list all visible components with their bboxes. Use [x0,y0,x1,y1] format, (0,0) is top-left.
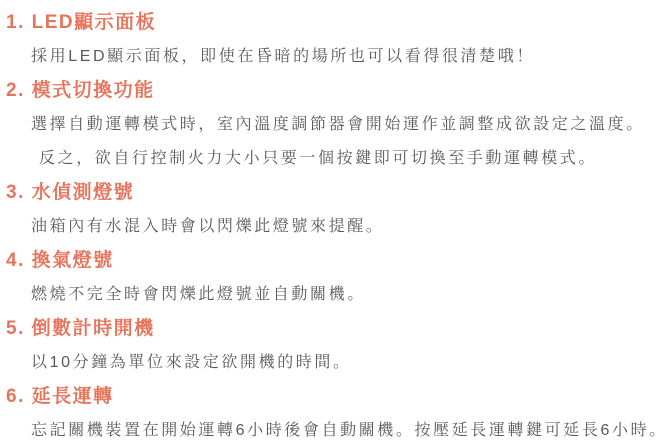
section-5-body-line: 以10分鐘為單位來設定欲開機的時間。 [0,343,670,377]
section-4-body-line: 燃燒不完全時會閃爍此燈號並自動關機。 [0,275,670,309]
section-2-body-line-1: 選擇自動運轉模式時，室內溫度調節器會開始運作並調整成欲設定之溫度。 [0,105,670,139]
section-6-body-line: 忘記關機裝置在開始運轉6小時後會自動關機。按壓延長運轉鍵可延長6小時。 [0,411,670,445]
section-3-body-line: 油箱內有水混入時會以閃爍此燈號來提醒。 [0,207,670,241]
feature-list-document: 1. LED顯示面板 採用LED顯示面板，即使在昏暗的場所也可以看得很清楚哦！ … [0,0,670,445]
section-2-body-line-2: 反之，欲自行控制火力大小只要一個按鍵即可切換至手動運轉模式。 [0,139,670,173]
section-2-heading: 2. 模式切換功能 [0,71,670,105]
section-1-body-line: 採用LED顯示面板，即使在昏暗的場所也可以看得很清楚哦！ [0,37,670,71]
section-6-heading: 6. 延長運轉 [0,377,670,411]
section-4-heading: 4. 換氣燈號 [0,241,670,275]
section-3-heading: 3. 水偵測燈號 [0,173,670,207]
section-5-heading: 5. 倒數計時開機 [0,309,670,343]
section-1-heading: 1. LED顯示面板 [0,3,670,37]
